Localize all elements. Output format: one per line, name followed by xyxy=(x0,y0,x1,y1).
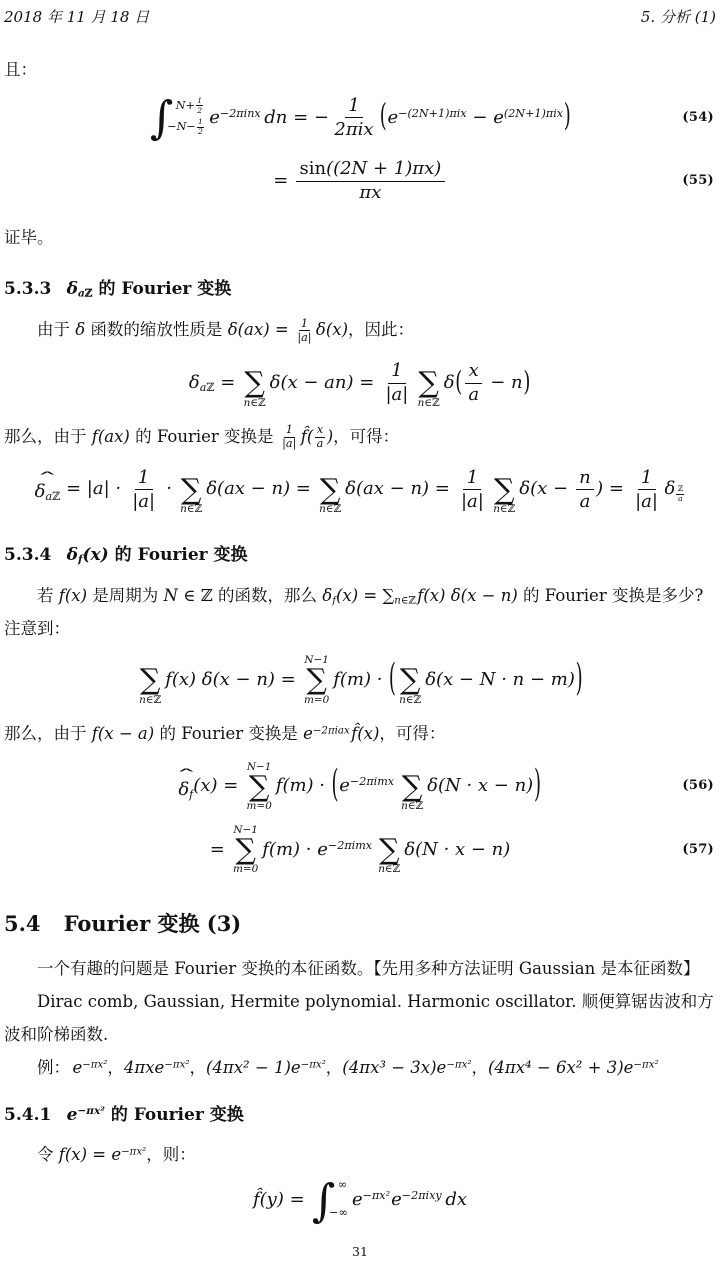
paragraph-then-fxa: 那么，由于 f(x − a) 的 Fourier 变换是 e−2πiaxf̂(x… xyxy=(4,717,716,750)
paragraph-qed: 证毕。 xyxy=(4,221,716,254)
equation-delta-az: δaℤ = ∑n∈ℤδ(x − an) = 1|a|∑n∈ℤδ(xa − n) xyxy=(4,352,716,413)
header-date: 2018 年 11 月 18 日 xyxy=(4,8,149,27)
equation-54: ∫N+12−N−12e−2πinxdn = −12πix(e−(2N+1)πix… xyxy=(4,90,716,146)
equation-56-math: ˆδf(x) = N−1∑m=0f(m) · (e−2πimx∑n∈ℤδ(N ·… xyxy=(178,775,541,796)
equation-57-tag: (57) xyxy=(682,842,714,858)
section-heading-5-3-3: 5.3.3δaℤ的 Fourier 变换 xyxy=(4,278,716,301)
section-heading-5-4-1: 5.4.1e−πx²的 Fourier 变换 xyxy=(4,1104,716,1126)
equation-55: = sin((2N + 1)πx)πx (55) xyxy=(4,153,716,209)
paragraph-then-fax: 那么，由于 f(ax) 的 Fourier 变换是 1|a|f̂(xa)，可得： xyxy=(4,420,716,453)
paragraph-dirac-comb: Dirac comb, Gaussian, Hermite polynomial… xyxy=(4,985,716,1051)
equation-sum-f-math: ∑n∈ℤf(x) δ(x − n) = N−1∑m=0f(m) · (∑n∈ℤδ… xyxy=(137,669,584,690)
equation-sum-f: ∑n∈ℤf(x) δ(x − n) = N−1∑m=0f(m) · (∑n∈ℤδ… xyxy=(4,649,716,710)
equation-57-math: = N−1∑m=0f(m) · e−2πimx∑n∈ℤδ(N · x − n) xyxy=(210,839,511,860)
equation-delta-az-math: δaℤ = ∑n∈ℤδ(x − an) = 1|a|∑n∈ℤδ(xa − n) xyxy=(189,372,531,393)
section-heading-5-4: 5.4Fourier 变换 (3) xyxy=(4,910,716,937)
equation-55-tag: (55) xyxy=(682,173,714,189)
paragraph-eigenfunction-intro: 一个有趣的问题是 Fourier 变换的本征函数。【先用多种方法证明 Gauss… xyxy=(4,952,716,985)
equation-fourier-gaussian-math: f̂(y) = ∫∞−∞e−πx²e−2πixydx xyxy=(253,1189,467,1210)
paragraph-examples: 例：e−πx²，4πxe−πx²，(4πx² − 1)e−πx²，(4πx³ −… xyxy=(4,1051,716,1084)
paragraph-periodic: 若 f(x) 是周期为 N ∈ ℤ 的函数，那么 δf(x) = ∑n∈ℤf(x… xyxy=(4,579,716,645)
paragraph-qie: 且： xyxy=(4,53,716,86)
equation-57: = N−1∑m=0f(m) · e−2πimx∑n∈ℤδ(N · x − n) … xyxy=(4,819,716,880)
equation-delta-az-hat-math: ˆδaℤ = |a| · 1|a| · ∑n∈ℤδ(ax − n) = ∑n∈ℤ… xyxy=(35,478,686,499)
header-chapter: 5. 分析 (1) xyxy=(641,8,716,27)
page-header: 2018 年 11 月 18 日 5. 分析 (1) xyxy=(4,8,716,27)
equation-54-tag: (54) xyxy=(682,109,714,125)
paragraph-let-fx: 令 f(x) = e−πx²，则： xyxy=(4,1138,716,1171)
page-number: 31 xyxy=(0,1244,720,1259)
paragraph-scaling-property: 由于 δ 函数的缩放性质是 δ(ax) = 1|a|δ(x)，因此： xyxy=(4,313,716,346)
equation-55-math: = sin((2N + 1)πx)πx xyxy=(273,170,446,191)
document-page: 2018 年 11 月 18 日 5. 分析 (1) 且： ∫N+12−N−12… xyxy=(0,0,720,1269)
equation-54-math: ∫N+12−N−12e−2πinxdn = −12πix(e−(2N+1)πix… xyxy=(148,107,571,128)
equation-56-tag: (56) xyxy=(682,778,714,794)
equation-56: ˆδf(x) = N−1∑m=0f(m) · (e−2πimx∑n∈ℤδ(N ·… xyxy=(4,756,716,817)
equation-delta-az-hat: ˆδaℤ = |a| · 1|a| · ∑n∈ℤδ(ax − n) = ∑n∈ℤ… xyxy=(4,459,716,520)
equation-fourier-gaussian: f̂(y) = ∫∞−∞e−πx²e−2πixydx xyxy=(4,1173,716,1228)
section-heading-5-3-4: 5.3.4δf(x)的 Fourier 变换 xyxy=(4,544,716,567)
